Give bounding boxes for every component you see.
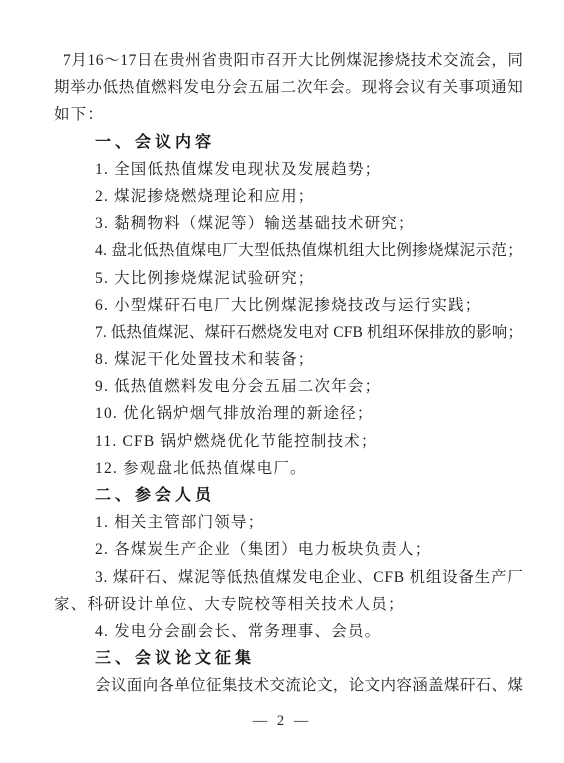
- section1-item-6: 6. 小型煤矸石电厂大比例煤泥掺烧技改与运行实践；: [54, 292, 523, 319]
- section1-item-5: 5. 大比例掺烧煤泥试验研究；: [54, 265, 523, 292]
- document-page: 7月16～17日在贵州省贵阳市召开大比例煤泥掺烧技术交流会，同 期举办低热值燃料…: [0, 0, 564, 763]
- section1-item-7: 7. 低热值煤泥、煤矸石燃烧发电对 CFB 机组环保排放的影响；: [54, 319, 523, 346]
- section2-item-1: 1. 相关主管部门领导；: [54, 509, 523, 536]
- section3-paragraph-line-1: 会议面向各单位征集技术交流论文，论文内容涵盖煤矸石、煤: [54, 672, 523, 699]
- page-number: — 2 —: [0, 711, 564, 731]
- intro-paragraph-line-1: 7月16～17日在贵州省贵阳市召开大比例煤泥掺烧技术交流会，同: [54, 47, 523, 74]
- section1-item-3: 3. 黏稠物料（煤泥等）输送基础技术研究；: [54, 210, 523, 237]
- section2-item-4: 4. 发电分会副会长、常务理事、会员。: [54, 618, 523, 645]
- section2-heading: 二、参会人员: [54, 482, 523, 509]
- section2-item-3-line-2: 家、科研设计单位、大专院校等相关技术人员；: [54, 591, 523, 618]
- section1-item-4: 4. 盘北低热值煤电厂大型低热值煤机组大比例掺烧煤泥示范；: [54, 237, 523, 264]
- intro-paragraph-line-2: 期举办低热值燃料发电分会五届二次年会。现将会议有关事项通知: [54, 74, 523, 101]
- section2-item-3-line-1: 3. 煤矸石、煤泥等低热值煤发电企业、CFB 机组设备生产厂: [54, 564, 523, 591]
- intro-paragraph-line-3: 如下：: [54, 101, 523, 128]
- section1-item-2: 2. 煤泥掺烧燃烧理论和应用；: [54, 183, 523, 210]
- section3-heading: 三、会议论文征集: [54, 645, 523, 672]
- section2-item-2: 2. 各煤炭生产企业（集团）电力板块负责人；: [54, 536, 523, 563]
- section1-heading: 一、会议内容: [54, 129, 523, 156]
- section1-item-9: 9. 低热值燃料发电分会五届二次年会；: [54, 373, 523, 400]
- section1-item-12: 12. 参观盘北低热值煤电厂。: [54, 455, 523, 482]
- section1-item-11: 11. CFB 锅炉燃烧优化节能控制技术；: [54, 428, 523, 455]
- section1-item-8: 8. 煤泥干化处置技术和装备；: [54, 346, 523, 373]
- section1-item-1: 1. 全国低热值煤发电现状及发展趋势；: [54, 156, 523, 183]
- section1-item-10: 10. 优化锅炉烟气排放治理的新途径；: [54, 400, 523, 427]
